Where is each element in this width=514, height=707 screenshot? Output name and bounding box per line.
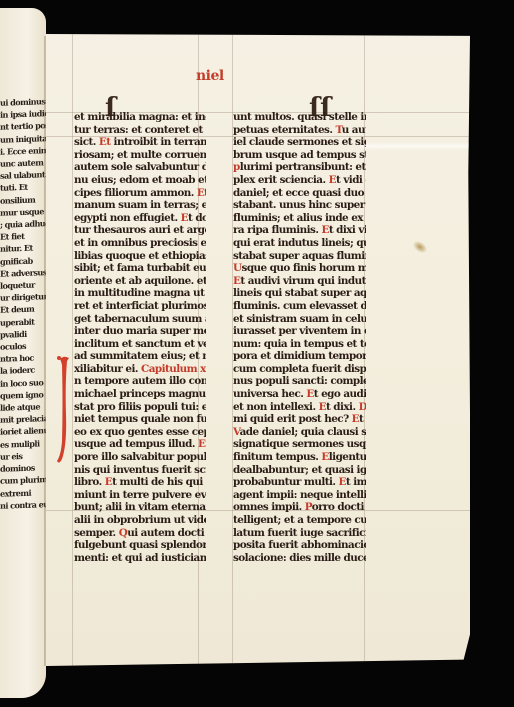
rubric: U <box>233 262 242 274</box>
drop-initial-I <box>56 355 72 467</box>
text-line: xiliabitur ei. Capitulum xii <box>74 363 206 376</box>
rubric: E <box>339 476 346 488</box>
text-line: brum usque ad tempus statutum. <box>233 149 366 162</box>
rubric: P <box>305 501 312 513</box>
text-line: stabant. unus hinc super ripam <box>233 199 366 212</box>
text-line: mi quid erit post hec? Et ait. <box>233 413 366 426</box>
text-line: menti: et qui ad iusticiam erudi <box>74 552 206 565</box>
text-line: sibit; et fama turbabit eum ab <box>74 262 206 275</box>
rubric: Et <box>99 136 111 148</box>
text-line: libias quoque et ethiopias tran <box>74 250 206 263</box>
text-line: dealbabuntur; et quasi ignis <box>233 464 366 477</box>
text-column-1: et mirabilia magna: et ingredietur terra… <box>74 111 206 564</box>
text-line: egypti non effugiet. Et dominabi <box>74 212 206 225</box>
text-line: daniel; et ecce quasi duo alii <box>233 187 366 200</box>
text-line: latum fuerit iuge sacrificium et <box>233 527 366 540</box>
text-line: ad summitatem eius; et nemo au <box>74 350 206 363</box>
text-line: fulgebunt quasi splendor firma <box>74 539 206 552</box>
text-line: Vade daniel; quia clausi sunt <box>233 426 366 439</box>
text-line: riosam; et multe corruent. Hec <box>74 149 206 162</box>
page-crease <box>360 142 470 150</box>
text-line: Usque quo finis horum mirabilium? <box>233 262 366 275</box>
text-line: get tabernaculum suum apedno <box>74 313 206 326</box>
rubric: Q <box>119 527 128 539</box>
foxing-stain <box>411 238 430 255</box>
text-line: michael princeps magnus qui <box>74 388 206 401</box>
text-line: iurasset per viventem in eter <box>233 325 366 338</box>
text-line: alii in obprobrium ut videant <box>74 514 206 527</box>
text-line: in multitudine magna ut contere <box>74 287 206 300</box>
rubric: E <box>181 212 188 224</box>
text-line: finitum tempus. Eligentur et <box>233 451 366 464</box>
left-page-line: nt tertio post <box>0 120 46 134</box>
rubric: D <box>359 401 366 413</box>
left-page-line: Et adversus <box>0 266 46 280</box>
text-line: miunt in terre pulvere evigila <box>74 489 206 502</box>
text-line: omnes impii. Porro docti in <box>233 501 366 514</box>
ruling-line <box>72 34 73 666</box>
text-line: inter duo maria super montem <box>74 325 206 338</box>
running-head: niel <box>196 68 224 84</box>
text-line: plurimi pertransibunt: et multi <box>233 161 366 174</box>
rubric: E <box>321 451 328 463</box>
rubric: E <box>329 174 336 186</box>
left-page-line: cum plurimis <box>0 473 46 487</box>
text-line: et non intellexi. Et dixi. Dne <box>233 401 366 414</box>
text-line: petuas eternitates. Tu autem dan <box>233 124 366 137</box>
text-line: stat pro filiis populi tui: et ve <box>74 401 206 414</box>
text-line: posita fuerit abhominacio in de <box>233 539 366 552</box>
left-page-line: ; quia adhuc <box>0 217 46 231</box>
text-line: nu eius; edom et moab et prin <box>74 174 206 187</box>
text-line: ra ripa fluminis. Et dixi viro <box>233 224 366 237</box>
text-line: cum completa fuerit dispersio ma <box>233 363 366 376</box>
text-line: nus populi sancti: complebuntur <box>233 375 366 388</box>
text-line: et in omnibus preciosis egypti. P <box>74 237 206 250</box>
rubric: E <box>319 401 326 413</box>
text-line: plex erit sciencia. Et vidi ego <box>233 174 366 187</box>
left-page-text: ui dominus tein ipsa iudicemnt tertio po… <box>0 95 46 512</box>
text-line: nis qui inventus fuerit scriptus in <box>74 464 206 477</box>
rubric: Capitulum xii <box>141 363 206 375</box>
text-line: probabuntur multi. Et impie <box>233 476 366 489</box>
text-line: qui erat indutus lineis; qui <box>233 237 366 250</box>
text-line: agent impii: neque intelligent <box>233 489 366 502</box>
text-line: inclitum et sanctum et veniet usque <box>74 338 206 351</box>
left-page-line: es mulipli <box>0 437 46 451</box>
text-line: manum suam in terras; et terra <box>74 199 206 212</box>
rubric: E <box>352 413 359 425</box>
text-line: fluminis; et alius inde ex alte <box>233 212 366 225</box>
text-line: stabat super aquas fluminis. <box>233 250 366 263</box>
text-line: iel claude sermones et signa li <box>233 136 366 149</box>
left-page-line: ni contra eum <box>0 498 46 512</box>
text-line: bunt; alii in vitam eternam. et <box>74 501 206 514</box>
text-line: signatique sermones usque ad p <box>233 438 366 451</box>
text-line: libro. Et multi de his qui dor <box>74 476 206 489</box>
text-line: et sinistram suam in celum et <box>233 313 366 326</box>
text-line: pora et dimidium temporis. Et <box>233 350 366 363</box>
text-line: pore illo salvabitur populus tuus: om <box>74 451 206 464</box>
text-line: autem sole salvabuntur de ma <box>74 161 206 174</box>
left-page-line: ur dirigetur <box>0 290 46 304</box>
text-line: ret et interficiat plurimos. Et fi <box>74 300 206 313</box>
text-line: eo ex quo gentes esse ceperunt <box>74 426 206 439</box>
text-line: Et audivi virum qui indutus erat <box>233 275 366 288</box>
text-line: cipes filiorum ammon. Et mittet <box>74 187 206 200</box>
text-line: solacione: dies mille ducenti no <box>233 552 366 565</box>
rubric: p <box>233 161 240 173</box>
text-line: tur thesauros auri et argenti; <box>74 224 206 237</box>
text-line: fluminis. cum elevasset dexteram <box>233 300 366 313</box>
left-page-line: sal ulabunt <box>0 168 46 182</box>
text-line: semper. Qui autem docti fuerint <box>74 527 206 540</box>
text-line: universa hec. Et ego audivi: <box>233 388 366 401</box>
text-column-2: unt multos. quasi stelle in perpetuas et… <box>233 111 366 564</box>
text-line: n tempore autem illo consurget <box>74 375 206 388</box>
rubric: E <box>306 388 313 400</box>
text-line: num: quia in tempus et tem <box>233 338 366 351</box>
text-line: telligent; et a tempore cum ab <box>233 514 366 527</box>
text-line: et mirabilia magna: et ingredie <box>74 111 206 124</box>
text-line: niet tempus quale non fuit ex <box>74 413 206 426</box>
text-line: tur terras: et conteret et pertran <box>74 124 206 137</box>
left-page-curled-leaf: ui dominus tein ipsa iudicemnt tertio po… <box>0 8 46 698</box>
rubric: E <box>321 224 328 236</box>
text-line: lineis qui stabat super aquas <box>233 287 366 300</box>
text-line: oriente et ab aquilone. et veniet <box>74 275 206 288</box>
text-line: unt multos. quasi stelle in per <box>233 111 366 124</box>
text-line: usque ad tempus illud. Et in tem <box>74 438 206 451</box>
text-line: sict. Et introibit in terram glo <box>74 136 206 149</box>
